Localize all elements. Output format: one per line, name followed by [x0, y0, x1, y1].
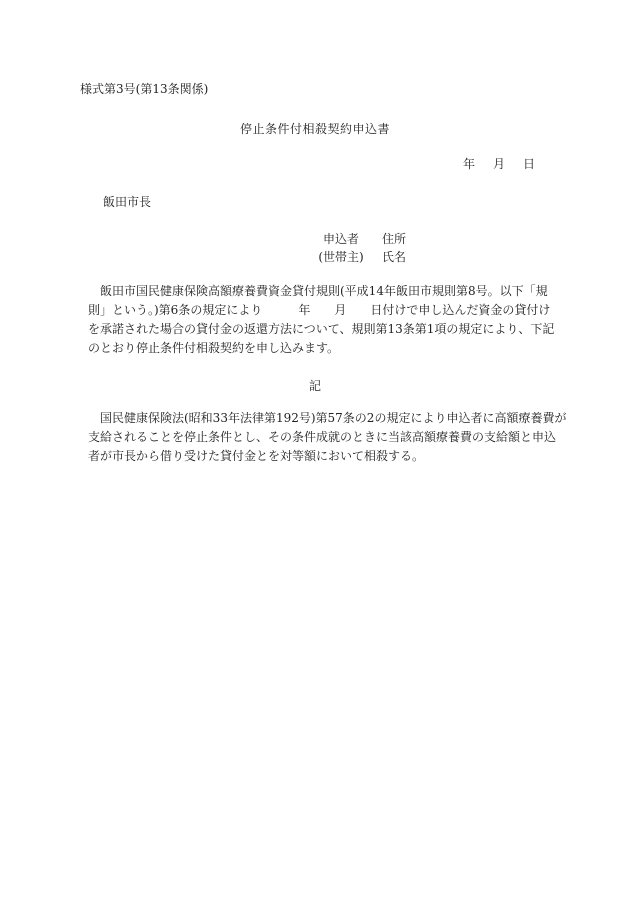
applicant-name-row: (世帯主) 氏名: [306, 248, 406, 266]
paragraph-line: 支給されることを停止条件とし、その条件成就のときに当該高額療養費の支給額と申込: [88, 428, 548, 447]
applicant-role: 申込者: [306, 230, 376, 248]
form-number: 様式第3号(第13条関係): [80, 80, 208, 97]
date-day: 日: [523, 155, 535, 172]
offset-terms-paragraph: 国民健康保険法(昭和33年法律第192号)第57条の2の規定により申込者に高額療…: [88, 409, 548, 466]
ki-heading: 記: [0, 377, 630, 394]
paragraph-line: のとおり停止条件付相殺契約を申し込みます。: [88, 339, 548, 358]
name-label: 氏名: [382, 248, 406, 266]
addressee: 飯田市長: [103, 193, 151, 210]
date-month: 月: [493, 155, 505, 172]
application-paragraph: 飯田市国民健康保険高額療養費資金貸付規則(平成14年飯田市規則第8号。以下「規 …: [88, 282, 548, 358]
applicant-address-row: 申込者 住所: [306, 230, 406, 248]
date-year: 年: [463, 155, 475, 172]
paragraph-line: 飯田市国民健康保険高額療養費資金貸付規則(平成14年飯田市規則第8号。以下「規: [88, 282, 548, 301]
applicant-block: 申込者 住所 (世帯主) 氏名: [306, 230, 406, 266]
paragraph-line: 則」という。)第6条の規定により 年 月 日付けで申し込んだ資金の貸付け: [88, 301, 548, 320]
date-line: 年月日: [463, 155, 535, 172]
paragraph-line: 国民健康保険法(昭和33年法律第192号)第57条の2の規定により申込者に高額療…: [88, 409, 548, 428]
paragraph-line: 者が市長から借り受けた貸付金とを対等額において相殺する。: [88, 447, 548, 466]
applicant-role-householder: (世帯主): [306, 248, 376, 266]
paragraph-line: を承諾された場合の貸付金の返還方法について、規則第13条第1項の規定により、下記: [88, 320, 548, 339]
address-label: 住所: [382, 230, 406, 248]
document-title: 停止条件付相殺契約申込書: [0, 120, 630, 137]
